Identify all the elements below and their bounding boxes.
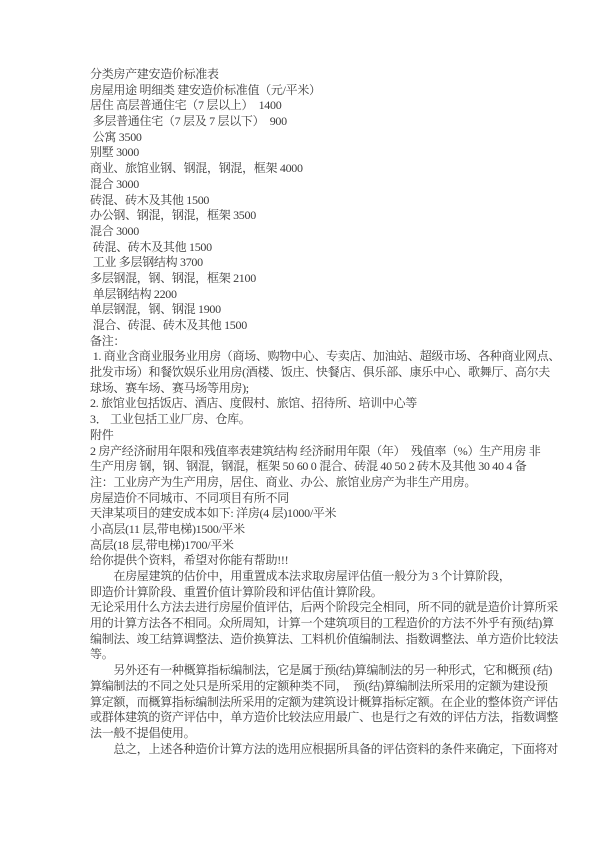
text-line: 小高层(11 层,带电梯)1500/平米 xyxy=(90,522,530,538)
text-line: 别墅 3000 xyxy=(90,145,530,161)
text-line: 3． 工业包括工业厂房、仓库。 xyxy=(90,412,530,428)
text-line: 混合 3000 xyxy=(90,177,530,193)
text-line: 即造价计算阶段、重置价值计算阶段和评估值计算阶段。 xyxy=(90,585,530,601)
text-line: 算定额，而概算指标编制法所采用的定额为建筑设计概算指标定额。在企业的整体资产评估 xyxy=(90,695,530,711)
text-line: 另外还有一种概算指标编制法，它是属于预(结)算编制法的另一种形式，它和概预 (结… xyxy=(90,663,530,679)
text-line: 附件 xyxy=(90,428,530,444)
text-line: 公寓 3500 xyxy=(90,130,530,146)
text-line: 居住 高层普通住宅（7 层以上） 1400 xyxy=(90,98,530,114)
text-line: 多层钢混，钢、钢混，框架 2100 xyxy=(90,271,530,287)
text-line: 商业、旅馆业钢、钢混，钢混，框架 4000 xyxy=(90,161,530,177)
text-line: 用的计算方法各不相同。众所周知，计算一个建筑项目的工程造价的方法不外乎有预(结)… xyxy=(90,616,530,632)
text-line: 球场、赛车场、赛马场等用房); xyxy=(90,381,530,397)
text-line: 算编制法的不同之处只是所采用的定额种类不同， 预(结)算编制法所采用的定额为建设… xyxy=(90,679,530,695)
text-line: 砖混、砖木及其他 1500 xyxy=(90,193,530,209)
text-line: 混合 3000 xyxy=(90,224,530,240)
text-line: 单层钢混，钢、钢混 1900 xyxy=(90,302,530,318)
text-line: 1. 商业含商业服务业用房（商场、购物中心、专卖店、加油站、超级市场、各种商业网… xyxy=(90,349,530,365)
text-line: 房屋用途 明细类 建安造价标准值（元/平米） xyxy=(90,83,530,99)
text-line: 工业 多层钢结构 3700 xyxy=(90,255,530,271)
text-line: 备注： xyxy=(90,334,530,350)
text-line: 单层钢结构 2200 xyxy=(90,287,530,303)
text-line: 等。 xyxy=(90,647,530,663)
text-line: 2. 旅馆业包括饭店、酒店、度假村、旅馆、招待所、培训中心等 xyxy=(90,396,530,412)
text-line: 批发市场）和餐饮娱乐业用房(酒楼、饭庄、快餐店、俱乐部、康乐中心、歌舞厅、高尔夫 xyxy=(90,365,530,381)
text-line: 砖混、砖木及其他 1500 xyxy=(90,240,530,256)
text-line: 办公钢、钢混，钢混，框架 3500 xyxy=(90,208,530,224)
text-line: 天津某项目的建安成本如下: 洋房(4 层)1000/平米 xyxy=(90,506,530,522)
document-page: 分类房产建安造价标准表房屋用途 明细类 建安造价标准值（元/平米）居住 高层普通… xyxy=(0,0,600,850)
text-line: 在房屋建筑的估价中，用重置成本法求取房屋评估值一般分为 3 个计算阶段， xyxy=(90,569,530,585)
text-line: 或群体建筑的资产评估中，单方造价比较法应用最广、也是行之有效的评估方法，指数调整 xyxy=(90,710,530,726)
text-line: 总之，上述各种造价计算方法的选用应根据所具备的评估资料的条件来确定，下面将对 xyxy=(90,742,530,758)
text-line: 给你提供个资料，希望对你能有帮助!!! xyxy=(90,553,530,569)
text-line: 生产用房 钢，钢、钢混，钢混，框架 50 60 0 混合、砖混 40 50 2 … xyxy=(90,459,530,475)
text-line: 法一般不提倡使用。 xyxy=(90,726,530,742)
text-line: 混合、砖混、砖木及其他 1500 xyxy=(90,318,530,334)
text-line: 房屋造价不同城市、不同项目有所不同 xyxy=(90,491,530,507)
text-line: 注：工业房产为生产用房，居住、商业、办公、旅馆业房产为非生产用房。 xyxy=(90,475,530,491)
document-text-body: 分类房产建安造价标准表房屋用途 明细类 建安造价标准值（元/平米）居住 高层普通… xyxy=(90,67,530,757)
text-line: 编制法、竣工结算调整法、造价换算法、工料机价值编制法、指数调整法、单方造价比较法 xyxy=(90,632,530,648)
document-title-line: 分类房产建安造价标准表 xyxy=(90,67,530,83)
text-line: 高层(18 层,带电梯)1700/平米 xyxy=(90,538,530,554)
text-line: 无论采用什么方法去进行房屋价值评估，后两个阶段完全相同，所不同的就是造价计算所采 xyxy=(90,600,530,616)
text-line: 2 房产经济耐用年限和残值率表建筑结构 经济耐用年限（年） 残值率（%）生产用房… xyxy=(90,444,530,460)
text-line: 多层普通住宅（7 层及 7 层以下） 900 xyxy=(90,114,530,130)
